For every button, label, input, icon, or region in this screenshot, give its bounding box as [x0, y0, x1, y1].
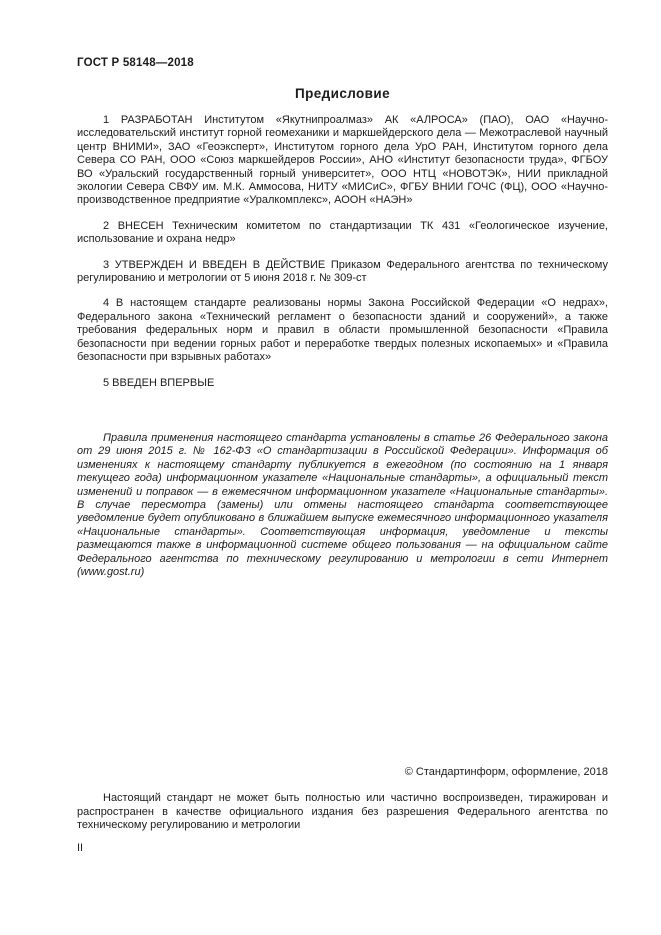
copyright-notice: © Стандартинформ, оформление, 2018 [77, 766, 608, 779]
page-title: Предисловие [77, 86, 608, 101]
document-page: ГОСТ Р 58148—2018 Предисловие 1 РАЗРАБОТ… [0, 0, 661, 935]
foreword-clause-submitted: 2 ВНЕСЕН Техническим комитетом по станда… [77, 220, 608, 247]
foreword-clause-norms: 4 В настоящем стандарте реализованы норм… [77, 297, 608, 364]
page-content: ГОСТ Р 58148—2018 Предисловие 1 РАЗРАБОТ… [77, 57, 608, 579]
application-rules-note: Правила применения настоящего стандарта … [77, 432, 608, 579]
standard-number-header: ГОСТ Р 58148—2018 [77, 57, 608, 69]
foreword-clause-approved: 3 УТВЕРЖДЕН И ВВЕДЕН В ДЕЙСТВИЕ Приказом… [77, 259, 608, 286]
page-number: II [77, 842, 608, 855]
page-footer: © Стандартинформ, оформление, 2018 Насто… [77, 766, 608, 855]
foreword-clause-developed: 1 РАЗРАБОТАН Институтом «Якутнипроалмаз»… [77, 114, 608, 208]
foreword-clause-first-introduced: 5 ВВЕДЕН ВПЕРВЫЕ [77, 377, 608, 390]
reproduction-restriction-note: Настоящий стандарт не может быть полност… [77, 792, 608, 832]
